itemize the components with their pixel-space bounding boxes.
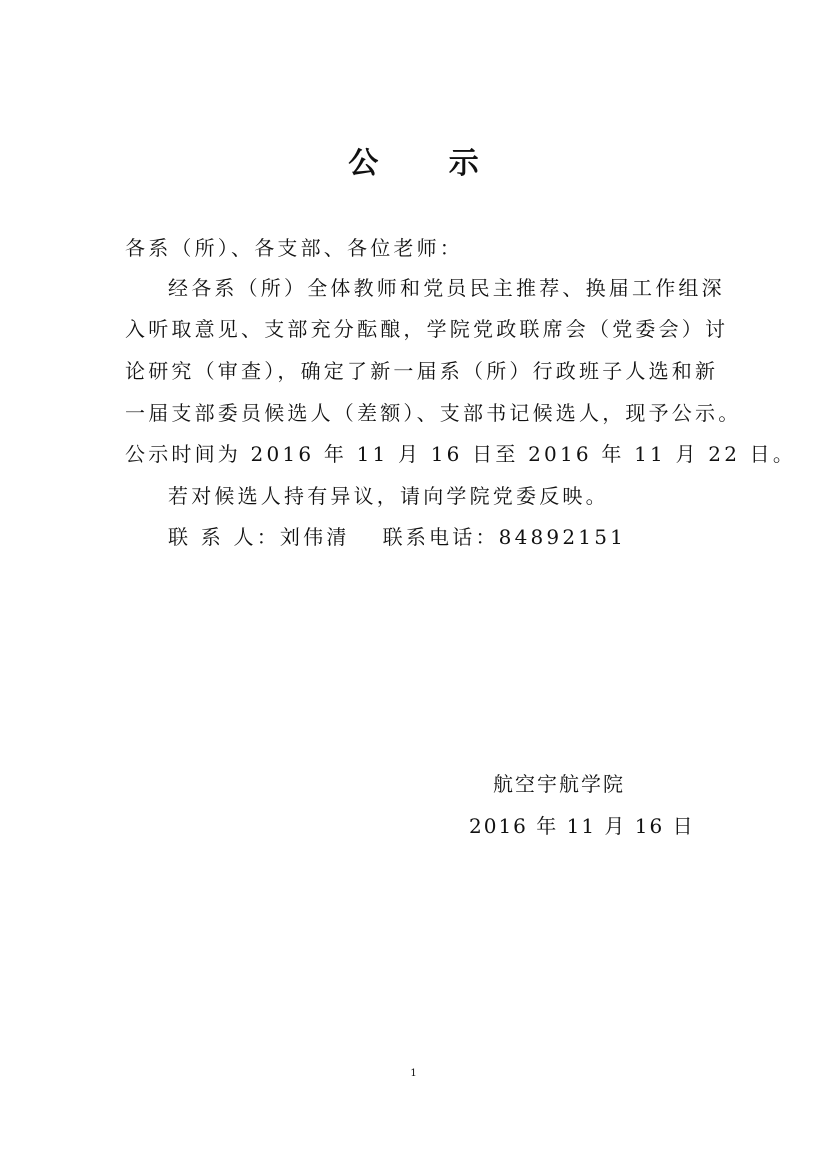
document-title: 公 示: [0, 138, 827, 182]
body-line: 论研究（审查），确定了新一届系（所）行政班子人选和新: [125, 355, 718, 384]
salutation: 各系（所）、各支部、各位老师：: [125, 232, 463, 261]
contact-phone: 84892151: [499, 525, 626, 549]
body-line: 公示时间为 2016 年 11 月 16 日至 2016 年 11 月 22 日…: [125, 438, 796, 467]
body-line: 入听取意见、支部充分酝酿，学院党政联席会（党委会）讨: [125, 313, 728, 342]
signature-date: 2016 年 11 月 16 日: [469, 810, 695, 839]
contact-label: 联 系 人：: [168, 525, 280, 549]
body-line: 一届支部委员候选人（差额）、支部书记候选人，现予公示。: [125, 397, 741, 426]
body-line: 经各系（所）全体教师和党员民主推荐、换届工作组深: [168, 272, 725, 301]
contact-phone-label: 联系电话：: [383, 525, 499, 549]
page-number: 1: [0, 1068, 827, 1079]
signature-organization: 航空宇航学院: [493, 768, 625, 797]
contact-line: 联 系 人：刘伟清 联系电话：84892151: [168, 521, 626, 550]
contact-name: 刘伟清: [280, 525, 350, 549]
objection-note: 若对候选人持有异议，请向学院党委反映。: [168, 480, 609, 509]
